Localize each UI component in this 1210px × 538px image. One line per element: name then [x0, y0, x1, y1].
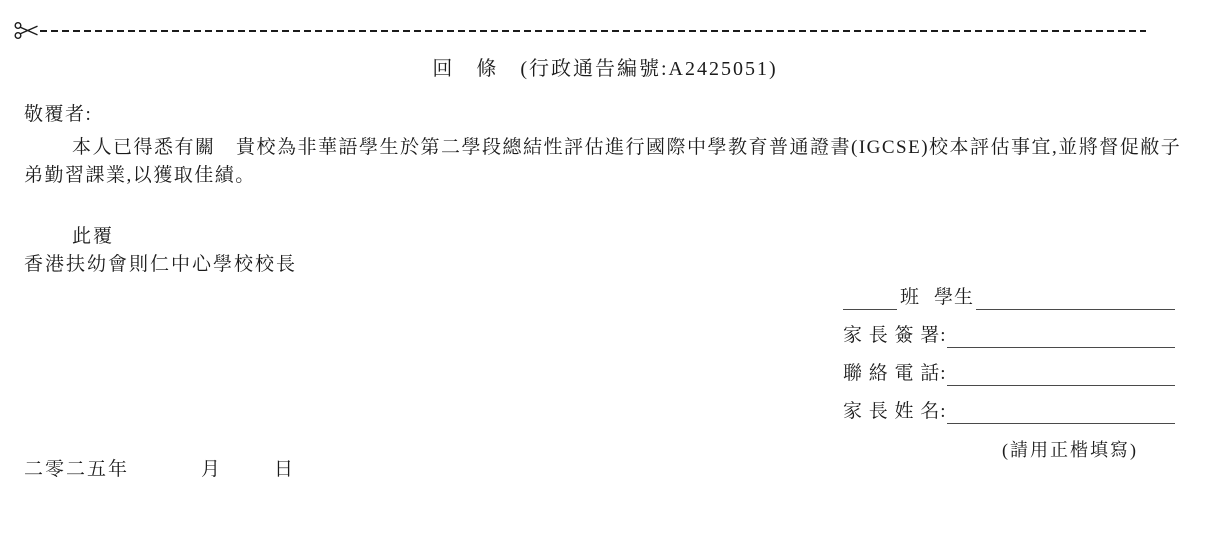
contact-phone-row: 聯 絡 電 話: — [843, 361, 1175, 386]
dashed-line — [40, 30, 1146, 32]
reply-slip-document: 回 條 (行政通告編號:A2425051) 敬覆者: 本人已得悉有關 貴校為非華… — [0, 0, 1210, 538]
cut-line — [14, 21, 1146, 40]
parent-signature-label: 家 長 簽 署: — [843, 323, 947, 348]
student-label: 學生 — [934, 285, 974, 310]
contact-phone-blank-line — [947, 361, 1175, 386]
parent-name-blank-line — [947, 399, 1175, 424]
date-day-label: 日 — [274, 454, 295, 481]
parent-signature-row: 家 長 簽 署: — [843, 323, 1175, 348]
contact-phone-label: 聯 絡 電 話: — [843, 361, 947, 386]
date-month-label: 月 — [201, 454, 222, 481]
recipient-school-principal: 香港扶幼會則仁中心學校校長 — [24, 249, 297, 276]
class-blank-line — [843, 285, 897, 310]
page-title: 回 條 (行政通告編號:A2425051) — [0, 52, 1210, 81]
scissors-icon — [14, 21, 38, 40]
parent-signature-blank-line — [947, 323, 1175, 348]
student-name-blank-line — [976, 285, 1175, 310]
class-suffix-label: 班 — [900, 285, 920, 310]
date-year: 二零二五年 — [24, 454, 129, 481]
date-line: 二零二五年 月 日 — [24, 454, 295, 481]
block-letters-hint: (請用正楷填寫) — [966, 436, 1174, 462]
body-paragraph-line1: 本人已得悉有關 貴校為非華語學生於第二學段總結性評估進行國際中學教育普通證書(I… — [72, 132, 1181, 159]
body-paragraph-line2: 弟勤習課業,以獲取佳績。 — [24, 160, 256, 187]
salutation: 敬覆者: — [24, 99, 92, 126]
parent-name-row: 家 長 姓 名: — [843, 399, 1175, 424]
closing-phrase: 此覆 — [72, 221, 114, 248]
parent-name-label: 家 長 姓 名: — [843, 399, 947, 424]
class-student-row: 班 學生 — [843, 285, 1175, 310]
